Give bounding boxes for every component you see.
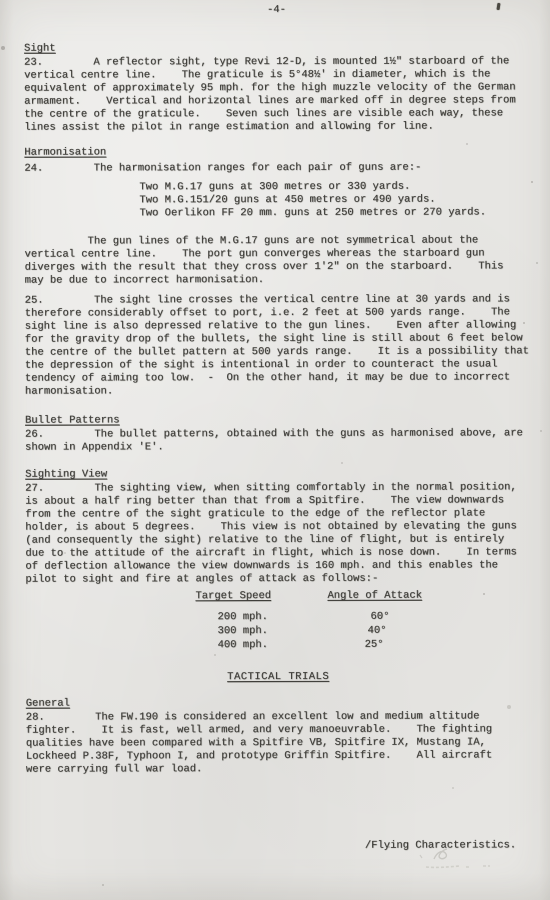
table-cell: 40° — [328, 624, 387, 638]
text-line: tendency of aiming too low. - On the oth… — [25, 371, 530, 385]
scan-noise — [0, 0, 2, 2]
table-row: 200 mph.60° — [195, 609, 530, 624]
text-line: due to the attitude of the aircraft in f… — [25, 546, 530, 560]
text-line: (and consequently the sight) relative to… — [25, 533, 530, 547]
para-26: 26. The bullet patterns, obtained with t… — [25, 427, 530, 454]
table-cell: 60° — [327, 610, 389, 624]
table-row: 300 mph.40° — [196, 623, 531, 638]
text-line: therefore considerably offset to port, i… — [25, 306, 530, 320]
gun-list: Two M.G.17 guns at 300 metres or 330 yar… — [139, 180, 529, 220]
text-line: Two M.G.17 guns at 300 metres or 330 yar… — [139, 180, 529, 194]
para-23: 23. A reflector sight, type Revi 12-D, i… — [24, 55, 529, 134]
text-line: 23. A reflector sight, type Revi 12-D, i… — [24, 55, 529, 69]
para-25: 25. The sight line crosses the vertical … — [25, 293, 530, 398]
table-cell: 400 mph. — [196, 638, 328, 652]
text-line: lines assist the pilot in range estimati… — [24, 120, 529, 134]
text-line: 27. The sighting view, when sitting comf… — [25, 481, 530, 495]
text-line: qualities have been compared with a Spit… — [26, 736, 531, 750]
heading-general: General — [26, 696, 531, 710]
table-header-row: Target SpeedAngle of Attack — [195, 588, 530, 603]
text-line: pilot to sight and fire at angles of att… — [25, 572, 530, 586]
table-header: Angle of Attack — [327, 589, 422, 603]
text-line: the centre of the graticule. Seven such … — [24, 107, 529, 121]
text-line: is about a half ring better than that fr… — [25, 494, 530, 508]
text-line: may be due to incorrect harmonisation. — [25, 273, 530, 287]
document-body: -4-Sight23. A reflector sight, type Revi… — [24, 0, 531, 854]
text-line: sight line is also depressed relative to… — [25, 319, 530, 333]
page-number: -4- — [24, 3, 529, 17]
heading-bullet-patterns: Bullet Patterns — [25, 413, 530, 427]
para-28: 28. The FW.190 is considered an excellen… — [26, 710, 531, 776]
attack-table: Target SpeedAngle of Attack200 mph.60°30… — [195, 588, 530, 652]
text-line: 28. The FW.190 is considered an excellen… — [26, 710, 531, 724]
text-line: Two Oerlikon FF 20 mm. guns at 250 metre… — [139, 206, 529, 220]
heading-tactical-trials: TACTICAL TRIALS — [26, 670, 531, 684]
pencil-smudge — [412, 843, 492, 877]
text-line: 26. The bullet patterns, obtained with t… — [25, 427, 530, 441]
text-line: harmonisation. — [25, 384, 530, 398]
para-24: 24. The harmonisation ranges for each pa… — [24, 161, 529, 175]
heading-sighting-view: Sighting View — [25, 467, 530, 481]
text-line: from the centre of the sight graticule t… — [25, 507, 530, 521]
text-line: armament. Vertical and horizontal lines … — [24, 94, 529, 108]
para-24b: The gun lines of the M.G.17 guns are not… — [24, 234, 529, 287]
text-line: the centre of the bullet pattern at 500 … — [25, 345, 530, 359]
text-line: diverges with the result that they cross… — [25, 260, 530, 274]
text-line: holder, is about 5 degrees. This view is… — [25, 520, 530, 534]
text-line: equivalent of approximately 95 mph. for … — [24, 81, 529, 95]
text-line: 24. The harmonisation ranges for each pa… — [24, 161, 529, 175]
scanned-page: -4-Sight23. A reflector sight, type Revi… — [0, 0, 550, 900]
heading-harmonisation: Harmonisation — [24, 145, 529, 159]
text-line: Lockheed P.38F, Typhoon I, and prototype… — [26, 749, 531, 763]
text-line: vertical centre line. The port gun conve… — [25, 247, 530, 261]
text-line: the depression of the sight is intention… — [25, 358, 530, 372]
table-cell: 25° — [328, 638, 384, 652]
text-line: shown in Appendix 'E'. — [25, 440, 530, 454]
text-line: for the gravity drop of the bullets, the… — [25, 332, 530, 346]
text-line: fighter. It is fast, well armed, and ver… — [26, 723, 531, 737]
table-cell: 200 mph. — [195, 610, 327, 624]
text-line: The gun lines of the M.G.17 guns are not… — [24, 234, 529, 248]
table-row: 400 mph.25° — [196, 637, 531, 652]
text-line: Two M.G.151/20 guns at 450 metres or 490… — [139, 193, 529, 207]
para-27: 27. The sighting view, when sitting comf… — [25, 481, 530, 586]
text-line: of deflection allowance the view downwar… — [25, 559, 530, 573]
table-cell: 300 mph. — [196, 624, 328, 638]
text-line: were carrying full war load. — [26, 762, 531, 776]
text-line: 25. The sight line crosses the vertical … — [25, 293, 530, 307]
heading-sight: Sight — [24, 41, 529, 55]
text-line: vertical centre line. The graticule is 5… — [24, 68, 529, 82]
table-header: Target Speed — [195, 589, 327, 603]
